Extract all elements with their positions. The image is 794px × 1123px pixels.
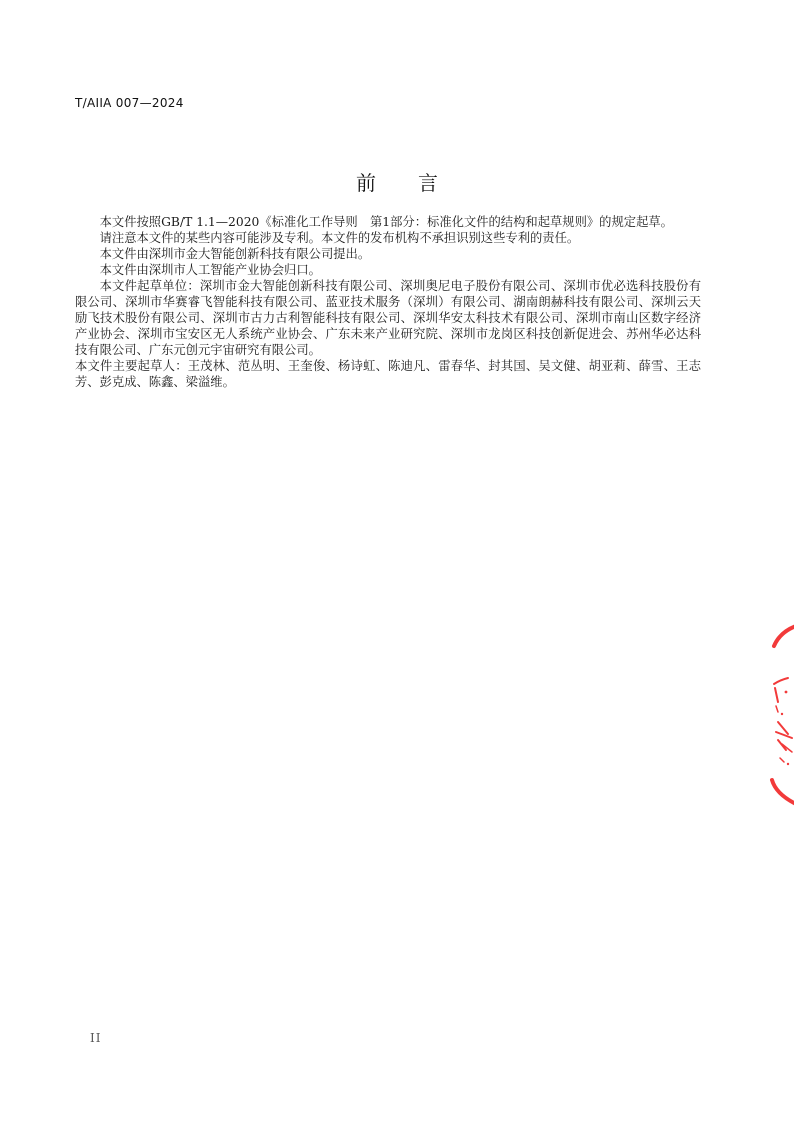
paragraph-main-drafters: 本文件主要起草人：王茂林、范丛明、王奎俊、杨诗虹、陈迪凡、雷春华、封其国、吴文健… (75, 358, 701, 390)
paragraph-proposed-by: 本文件由深圳市金大智能创新科技有限公司提出。 (75, 246, 701, 262)
paragraph-patent-notice: 请注意本文件的某些内容可能涉及专利。本文件的发布机构不承担识别这些专利的责任。 (75, 230, 701, 246)
seal-icon (766, 622, 794, 808)
foreword-body: 本文件按照GB/T 1.1—2020《标准化工作导则 第1部分：标准化文件的结构… (75, 214, 701, 390)
official-seal-stamp (766, 622, 794, 808)
paragraph-centralized-by: 本文件由深圳市人工智能产业协会归口。 (75, 262, 701, 278)
title-char-1: 前 (356, 167, 376, 196)
document-page: T/AIIA 007—2024 前言 本文件按照GB/T 1.1—2020《标准… (0, 0, 794, 1123)
page-number: II (90, 1031, 101, 1045)
standard-code: T/AIIA 007—2024 (75, 96, 184, 110)
paragraph-drafting-organizations: 本文件起草单位：深圳市金大智能创新科技有限公司、深圳奥尼电子股份有限公司、深圳市… (75, 278, 701, 358)
paragraph-drafting-basis: 本文件按照GB/T 1.1—2020《标准化工作导则 第1部分：标准化文件的结构… (75, 214, 701, 230)
title-char-2: 言 (418, 167, 438, 196)
page-title: 前言 (0, 167, 794, 196)
